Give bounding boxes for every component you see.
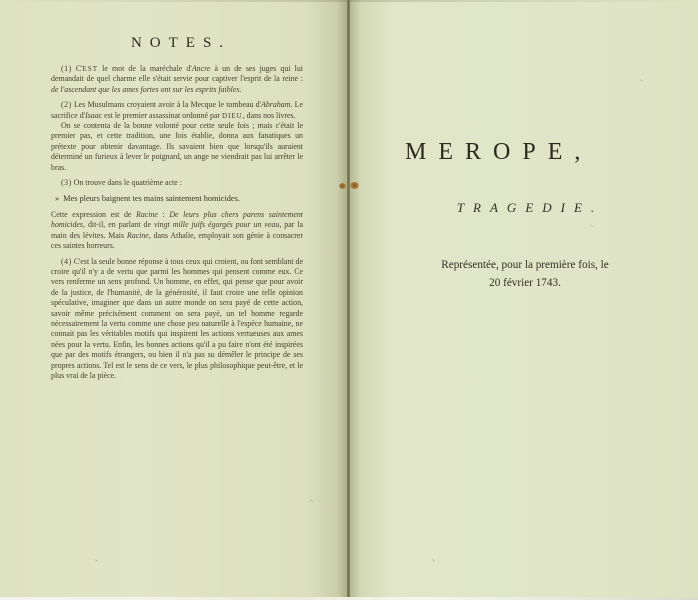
performance-date: 20 février 1743. [395, 274, 655, 292]
note-text: C'est la seule bonne réponse à tous ceux… [51, 257, 303, 380]
book-spread: NOTES. (1) C'EST le mot de la maréchale … [0, 0, 698, 600]
play-title: MEROPE, [405, 139, 592, 166]
note-text: Les Musulmans croyaient avoir à la Mecqu… [51, 100, 303, 119]
left-page: NOTES. (1) C'EST le mot de la maréchale … [0, 0, 348, 600]
note-3-commentary: Cette expression est de Racine : De leur… [51, 210, 303, 252]
note-number: (1) [61, 64, 72, 73]
top-edge [0, 0, 698, 2]
note-intro: On trouve dans le quatrième acte : [74, 178, 182, 187]
foxing-stain [339, 183, 346, 189]
note-2-continuation: On se contenta de la bonne volonté pour … [51, 121, 303, 173]
play-genre: TRAGEDIE. [430, 200, 630, 216]
quote-mark: » [55, 194, 59, 203]
quoted-verse: »Mes pleurs baignent tes mains saintemen… [51, 194, 303, 204]
note-1: (1) C'EST le mot de la maréchale d'Ancre… [51, 64, 303, 95]
note-3: (3) On trouve dans le quatrième acte : [51, 178, 303, 188]
note-number: (4) [61, 257, 72, 266]
performance-note: Représentée, pour la première fois, le 2… [395, 256, 655, 292]
book-gutter [347, 0, 350, 600]
right-page [350, 0, 698, 600]
note-4: (4) C'est la seule bonne réponse à tous … [51, 257, 303, 382]
foxing-stain [350, 182, 359, 189]
performance-line-1: Représentée, pour la première fois, le [395, 256, 655, 274]
notes-body: (1) C'EST le mot de la maréchale d'Ancre… [51, 64, 303, 381]
verse-text: Mes pleurs baignent tes mains saintement… [63, 194, 240, 203]
note-number: (3) [61, 178, 72, 187]
note-2: (2) Les Musulmans croyaient avoir à la M… [51, 100, 303, 121]
note-number: (2) [61, 100, 72, 109]
note-text: C'EST le mot de la maréchale d'Ancre à u… [51, 64, 303, 94]
notes-heading: NOTES. [0, 35, 348, 52]
